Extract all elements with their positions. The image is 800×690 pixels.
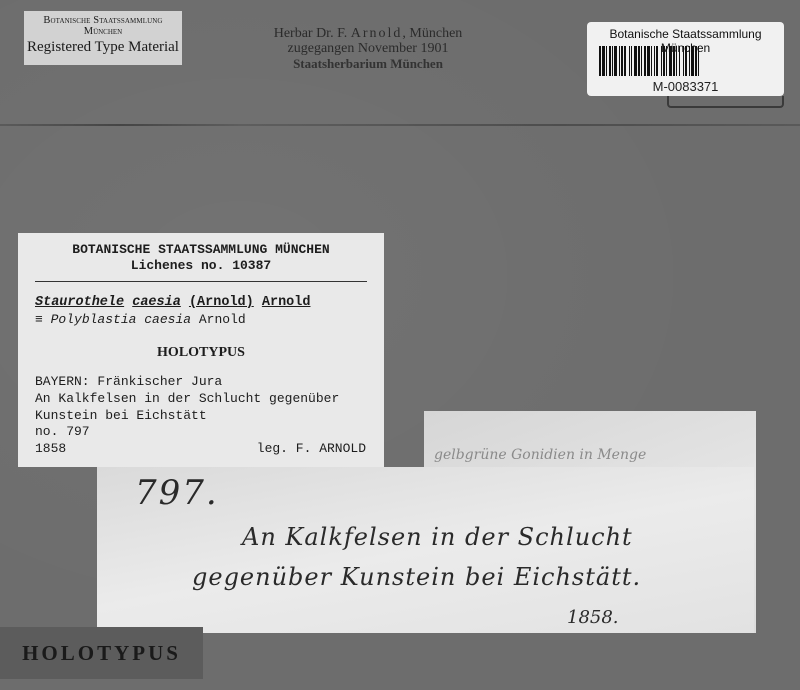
barcode-icon — [599, 46, 773, 76]
stamp-suffix: , München — [402, 26, 462, 41]
registered-type-label: Botanische Staatssammlung München Regist… — [24, 11, 182, 65]
specimen-number: 797. — [135, 473, 219, 513]
catalog-number: M-0083371 — [587, 79, 784, 94]
box-outline-mark — [667, 96, 784, 108]
locality-line: BAYERN: Fränkischer Jura — [35, 374, 339, 391]
stamp-line-1: Herbar Dr. F. Arnold, München — [238, 26, 498, 41]
institution-city: München — [24, 26, 182, 37]
taxon-author: Arnold — [262, 295, 311, 310]
herbarium-stamp: Herbar Dr. F. Arnold, München zugegangen… — [238, 26, 498, 71]
typed-specimen-label: BOTANISCHE STAATSSAMMLUNG MÜNCHEN Lichen… — [18, 233, 384, 467]
note-line: gelbgrüne Gonidien in Menge — [434, 447, 646, 463]
handwritten-locality-line: An Kalkfelsen in der Schlucht — [242, 523, 633, 551]
synonym-author: Arnold — [199, 312, 246, 327]
stamp-prefix: Herbar Dr. F. — [274, 26, 351, 41]
label-institution: BOTANISCHE STAATSSAMMLUNG MÜNCHEN — [18, 242, 384, 258]
barcode-label: Botanische Staatssammlung München M-0083… — [587, 22, 784, 96]
synonym-symbol: ≡ — [35, 312, 43, 327]
registered-type-text: Registered Type Material — [24, 38, 182, 56]
taxon-species: caesia — [132, 295, 181, 310]
locality-line: no. 797 — [35, 424, 339, 441]
taxon-name: Staurothele caesia (Arnold) Arnold — [35, 295, 310, 310]
locality-line: An Kalkfelsen in der Schlucht gegenüber — [35, 391, 339, 408]
synonym: ≡ Polyblastia caesia Arnold — [35, 312, 246, 327]
taxon-genus: Staurothele — [35, 295, 124, 310]
institution-name: Botanische Staatssammlung — [24, 15, 182, 26]
herbarium-sheet: Botanische Staatssammlung München Regist… — [0, 0, 800, 690]
stamp-line-3: Staatsherbarium München — [238, 56, 498, 71]
label-collection: Lichenes no. 10387 — [18, 258, 384, 274]
locality-line: Kunstein bei Eichstätt — [35, 408, 339, 425]
stamp-name: Arnold — [351, 26, 403, 41]
stamp-line-2: zugegangen November 1901 — [238, 41, 498, 56]
label-header: BOTANISCHE STAATSSAMMLUNG MÜNCHEN Lichen… — [18, 242, 384, 274]
handwritten-original-label: 797. An Kalkfelsen in der Schlucht gegen… — [97, 467, 754, 633]
holotypus-stamp: HOLOTYPUS — [0, 627, 203, 679]
handwritten-locality-line: gegenüber Kunstein bei Eichstätt. — [192, 563, 641, 591]
collector: leg. F. ARNOLD — [257, 441, 366, 456]
type-status: HOLOTYPUS — [18, 345, 384, 361]
label-divider — [35, 281, 367, 282]
handwritten-year: 1858. — [567, 607, 619, 628]
synonym-name: Polyblastia caesia — [51, 312, 191, 327]
sheet-fold-line — [0, 124, 800, 126]
taxon-basionym-author: (Arnold) — [189, 295, 254, 310]
